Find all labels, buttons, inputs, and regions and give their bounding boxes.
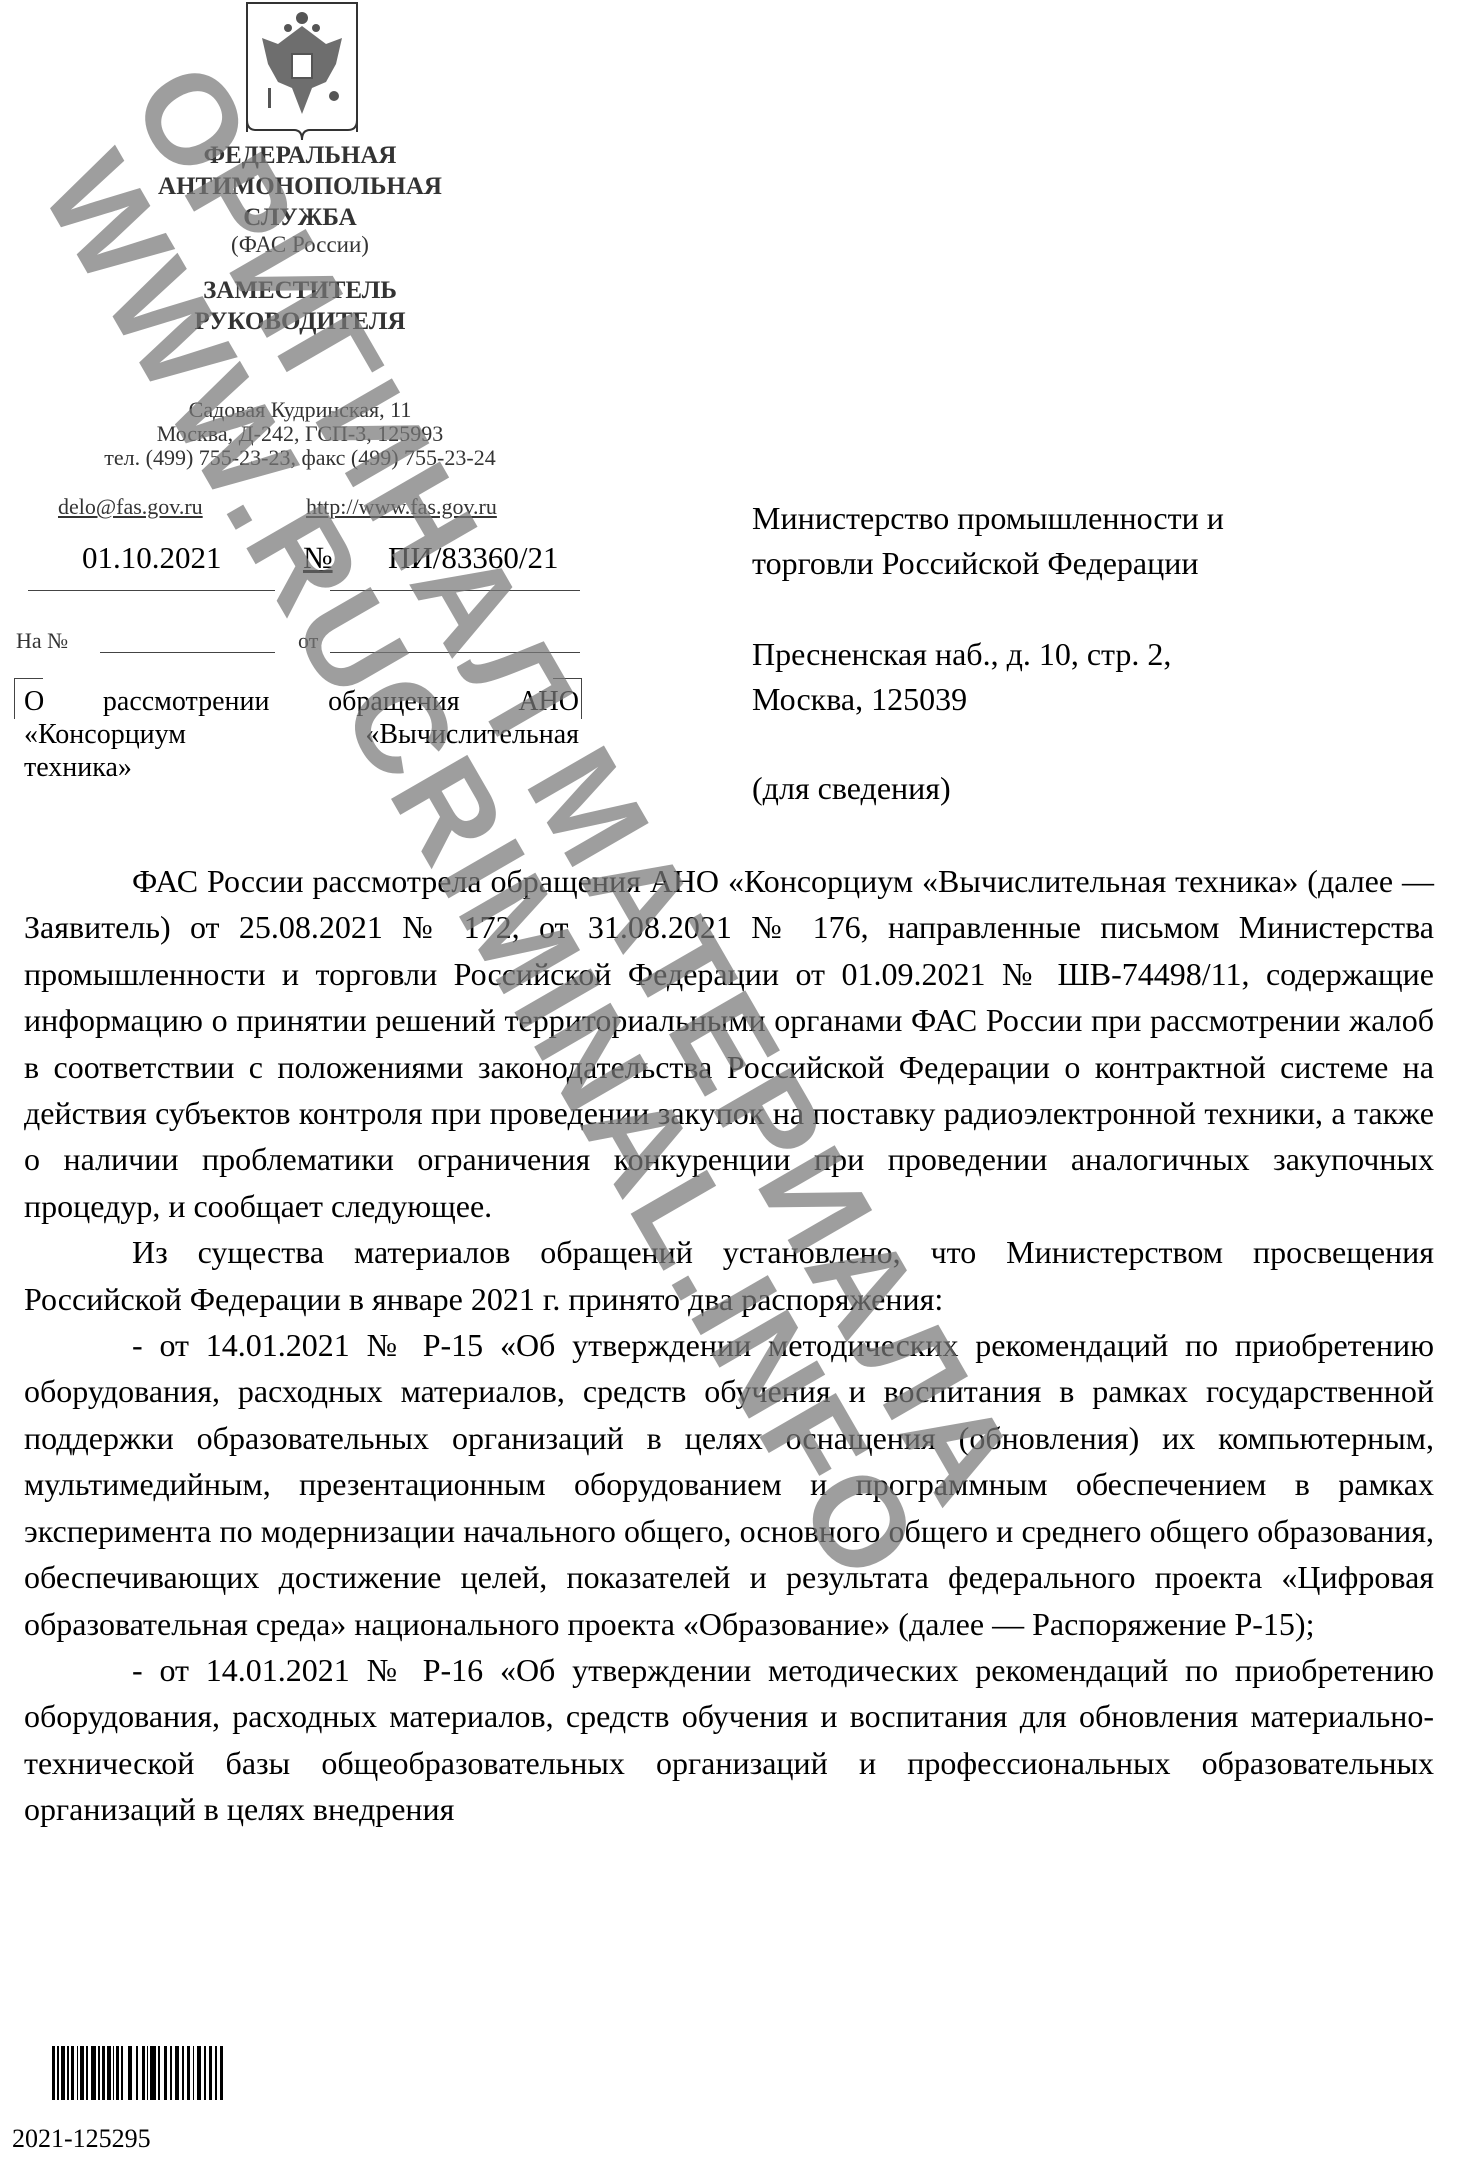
addressee-name: Министерство промышленности и торговли Р… [752,496,1224,586]
address-line: Москва, Д-242, ГСП-3, 125993 [80,422,520,446]
role-line: РУКОВОДИТЕЛЯ [80,306,520,337]
reply-to-label: На № [16,628,68,654]
org-name-line: СЛУЖБА [80,202,520,233]
addressee-note: (для сведения) [752,766,951,811]
addressee-line: Москва, 125039 [752,677,1171,722]
subject-word: «Консорциум [24,718,186,751]
date-underline [28,590,275,591]
address-line: Садовая Кудринская, 11 [80,398,520,422]
registration-number: 2021-125295 [12,2124,151,2154]
email-link[interactable]: delo@fas.gov.ru [58,494,203,520]
subject-word: «Вычислительная [365,718,579,751]
subject-word: обращения [328,685,460,718]
body-paragraph: - от 14.01.2021 № Р-15 «Об утверждении м… [24,1322,1434,1647]
org-name-line: АНТИМОНОПОЛЬНАЯ [80,171,520,202]
barcode-icon [50,2046,226,2102]
organization-address: Садовая Кудринская, 11 Москва, Д-242, ГС… [80,398,520,470]
coat-of-arms-icon [246,2,358,132]
reply-to-field [100,652,275,653]
body-paragraph: ФАС России рассмотрела обращения АНО «Ко… [24,858,1434,1229]
subject-block: О рассмотрении обращения АНО «Консорциум… [24,685,579,784]
signatory-role: ЗАМЕСТИТЕЛЬ РУКОВОДИТЕЛЯ [80,275,520,337]
document-number: ПИ/83360/21 [388,540,559,576]
number-label: № [303,540,333,576]
website-link[interactable]: http://www.fas.gov.ru [306,494,497,520]
document-date: 01.10.2021 [82,540,222,576]
subject-line: О рассмотрении обращения АНО [24,685,579,718]
body-paragraph: - от 14.01.2021 № Р-16 «Об утверждении м… [24,1647,1434,1833]
from-label: от [298,628,318,654]
addressee-line: Пресненская наб., д. 10, стр. 2, [752,632,1171,677]
addressee-address: Пресненская наб., д. 10, стр. 2, Москва,… [752,632,1171,722]
letter-page: ФЕДЕРАЛЬНАЯ АНТИМОНОПОЛЬНАЯ СЛУЖБА (ФАС … [0,0,1465,2172]
phone-fax-line: тел. (499) 755-23-23, факс (499) 755-23-… [80,446,520,470]
subject-word: АНО [518,685,579,718]
subject-word: О [24,685,44,718]
organization-short-name: (ФАС России) [80,231,520,259]
letter-body: ФАС России рассмотрела обращения АНО «Ко… [24,858,1434,1833]
addressee-line: Министерство промышленности и [752,496,1224,541]
from-field [330,652,580,653]
addressee-line: торговли Российской Федерации [752,541,1224,586]
organization-name: ФЕДЕРАЛЬНАЯ АНТИМОНОПОЛЬНАЯ СЛУЖБА [80,140,520,233]
emblem-shield-bottom [246,120,358,142]
org-name-line: ФЕДЕРАЛЬНАЯ [80,140,520,171]
body-paragraph: Из существа материалов обращений установ… [24,1229,1434,1322]
number-underline [330,590,580,591]
subject-line: «Консорциум «Вычислительная [24,718,579,751]
role-line: ЗАМЕСТИТЕЛЬ [80,275,520,306]
subject-line: техника» [24,751,579,784]
subject-word: рассмотрении [103,685,270,718]
